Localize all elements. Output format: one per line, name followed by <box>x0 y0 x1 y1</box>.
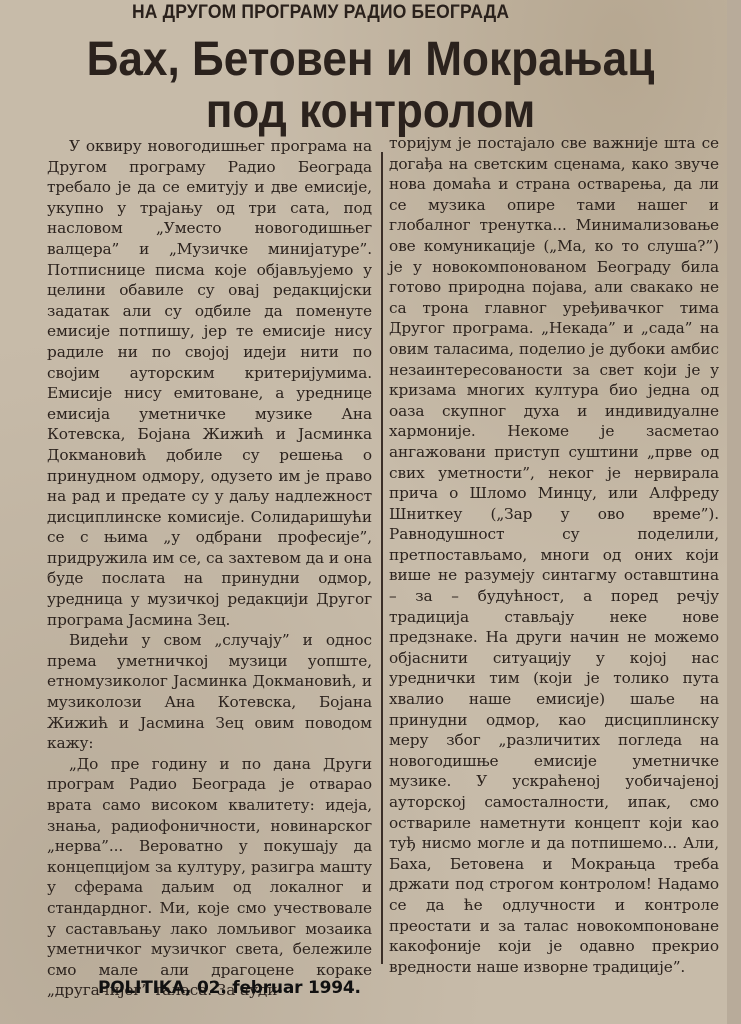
article-headline: Бах, Бетовен и Мокрањац под контролом <box>0 34 741 138</box>
newspaper-clipping: НА ДРУГОМ ПРОГРАМУ РАДИО БЕОГРАДА Бах, Б… <box>0 0 727 1024</box>
article-column-left: У оквиру новогодишњег програма на Другом… <box>47 136 372 1001</box>
paragraph: Видећи у свом „случају” и однос према ум… <box>47 630 372 754</box>
headline-line-1: Бах, Бетовен и Мокрањац <box>30 34 712 86</box>
article-kicker: НА ДРУГОМ ПРОГРАМУ РАДИО БЕОГРАДА <box>132 2 592 24</box>
paragraph: „До пре годину и по дана Други програм Р… <box>47 754 372 1001</box>
headline-line-2: под контролом <box>30 86 712 138</box>
column-divider <box>381 152 383 964</box>
paragraph: торијум је постајало све важније шта се … <box>389 133 719 977</box>
source-caption: POLITIKA, 02. februar 1994. <box>98 978 361 998</box>
paragraph: У оквиру новогодишњег програма на Другом… <box>47 136 372 630</box>
article-column-right: торијум је постајало све важније шта се … <box>389 133 719 977</box>
